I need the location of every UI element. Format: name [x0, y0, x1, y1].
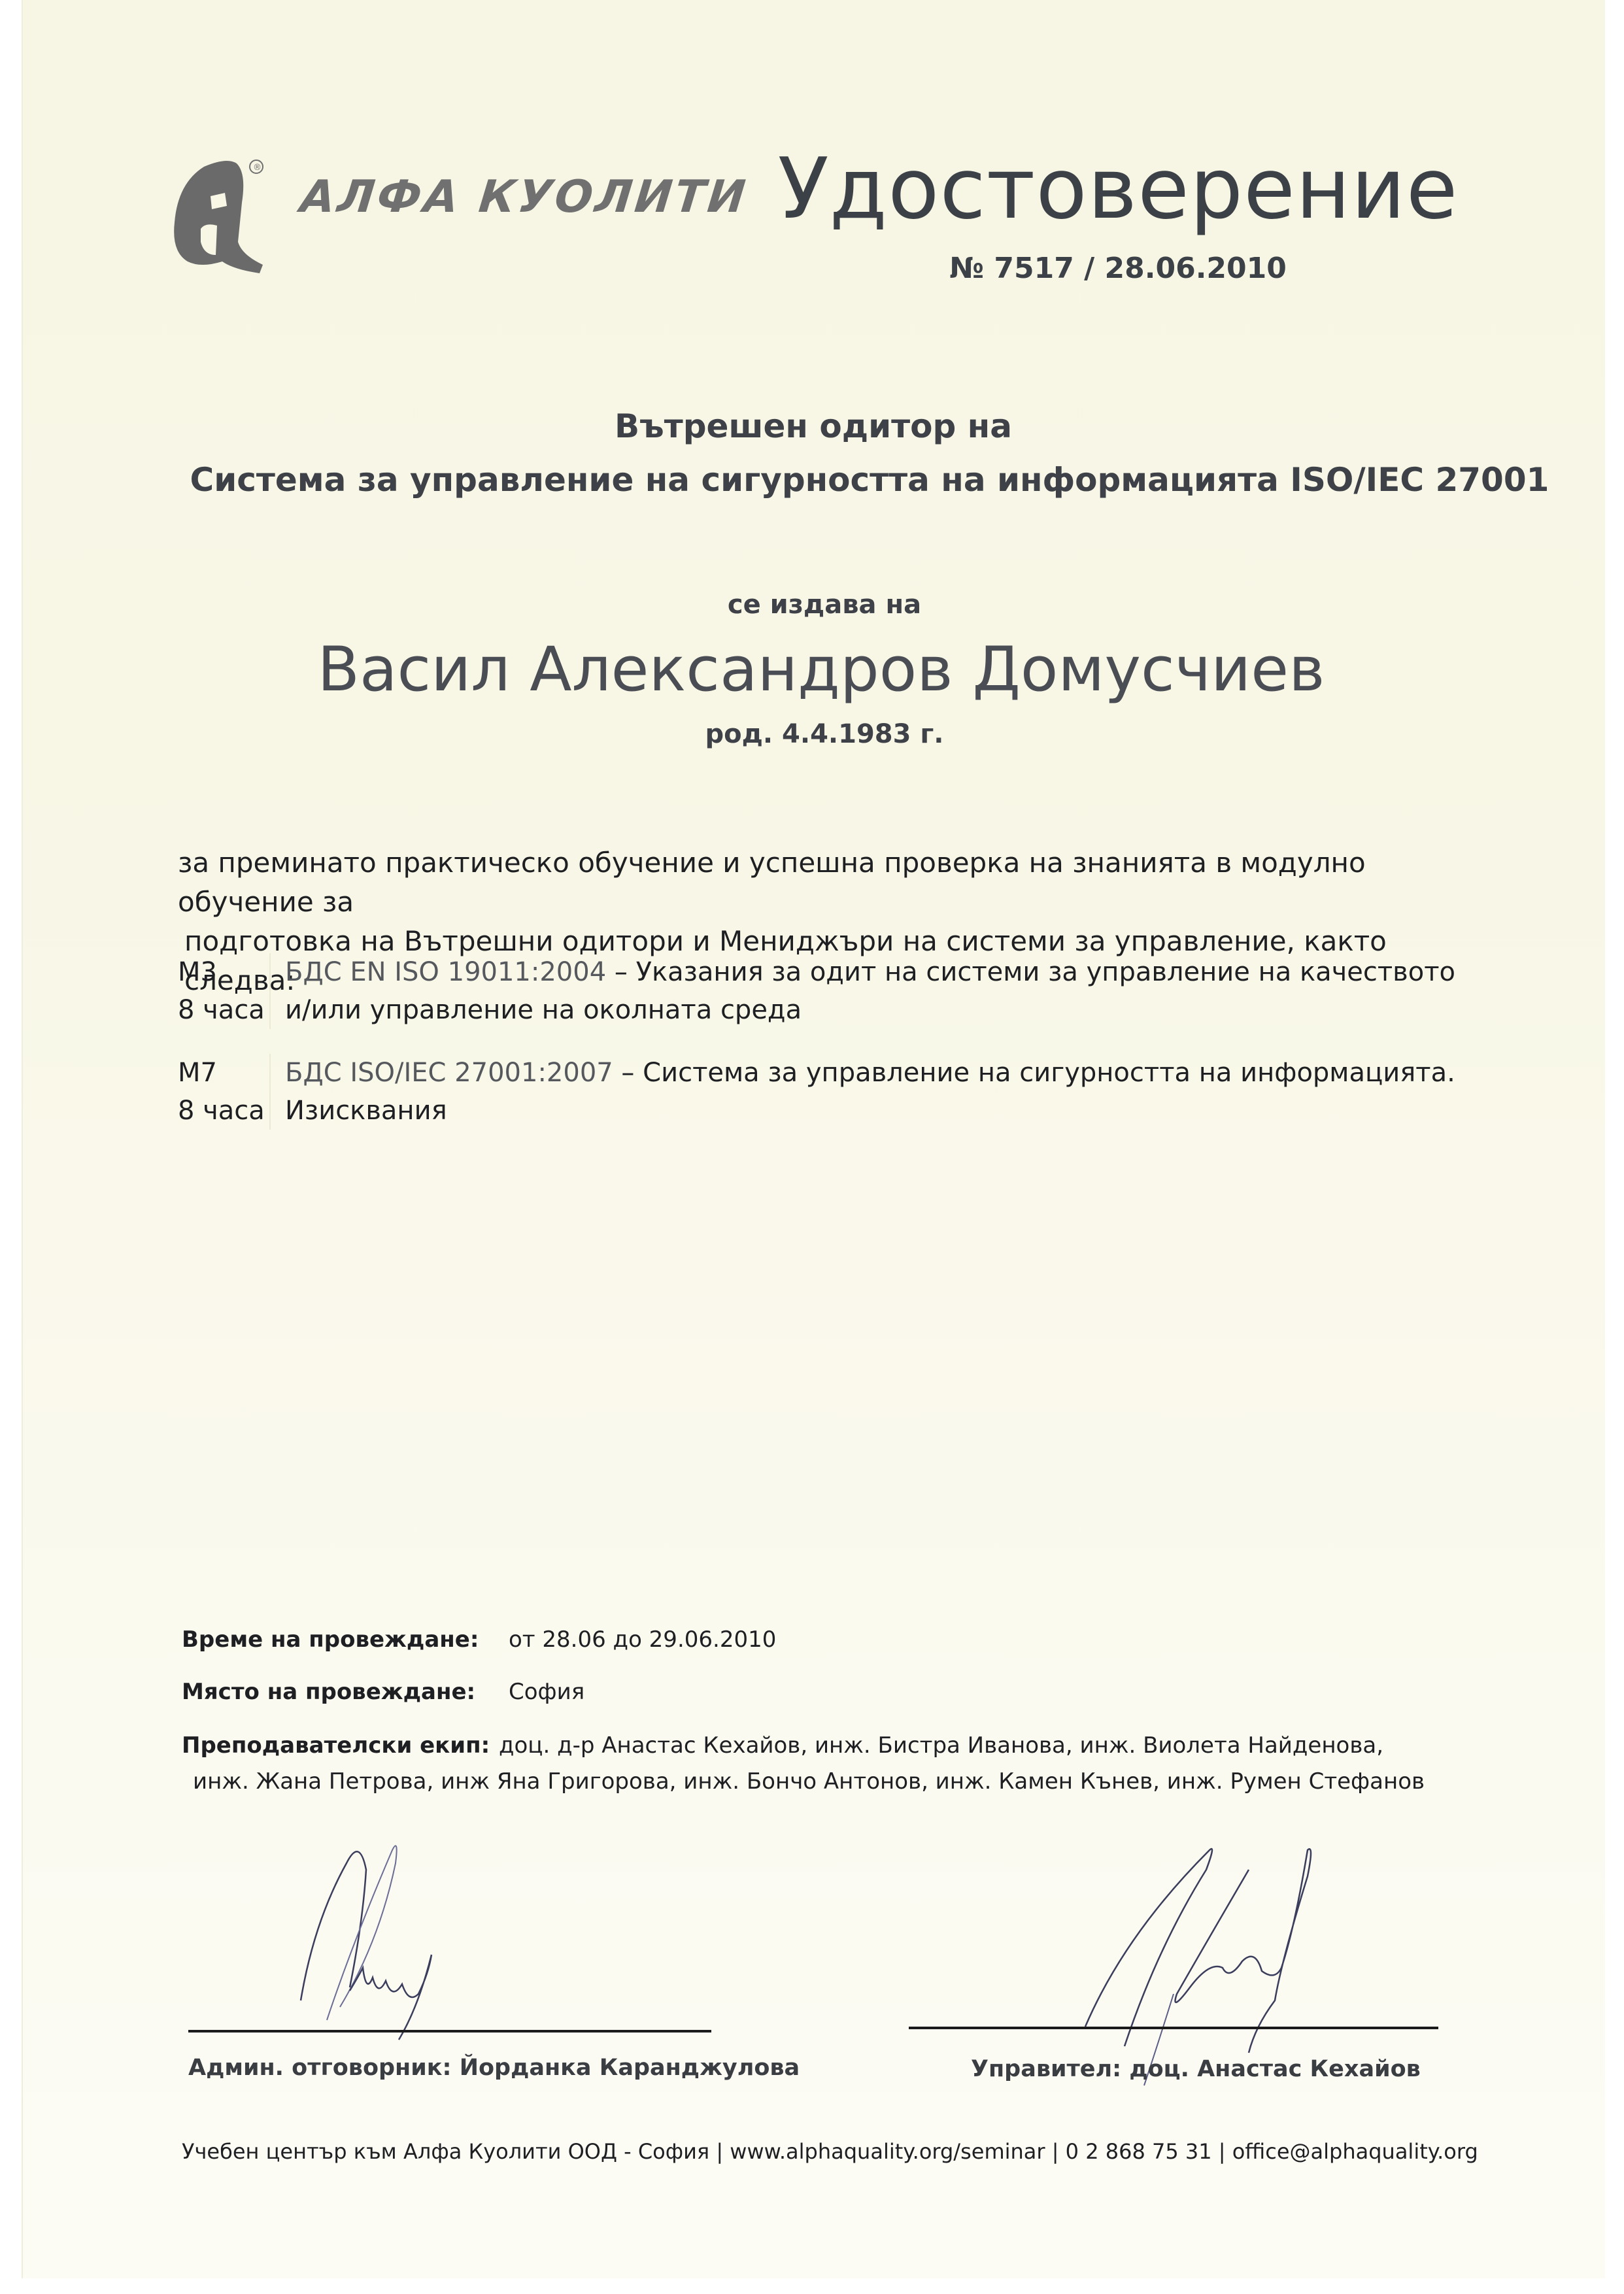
module-hours: 8 часа [178, 991, 269, 1029]
detail-team-value-2: инж. Жана Петрова, инж Яна Григорова, ин… [193, 1768, 1425, 1795]
module-text-2: Изисквания [285, 1092, 1455, 1130]
recipient-birth-date: род. 4.4.1983 г. [33, 719, 1616, 749]
document-title: Удостоверение [771, 141, 1464, 238]
signature-caption-manager: Управител: доц. Анастас Кехайов [971, 2056, 1421, 2082]
module-code: М7 [178, 1054, 269, 1092]
module-item: М3 8 часа БДС EN ISO 19011:2004 – Указан… [178, 953, 1525, 1029]
logo-text: АЛФА КУОЛИТИ [298, 171, 751, 223]
alpha-quality-q-logo-icon: ® [165, 157, 279, 275]
signature-manager-icon [1059, 1830, 1484, 2092]
detail-time-value: от 28.06 до 29.06.2010 [509, 1627, 776, 1653]
detail-place-label: Място на провеждане: [182, 1679, 509, 1705]
module-standard: БДС EN ISO 19011:2004 [285, 957, 606, 987]
module-meta: М7 8 часа [178, 1054, 271, 1130]
qualification-line-1: Вътрешен одитор на [22, 407, 1605, 445]
registered-mark: ® [253, 163, 262, 173]
detail-place-value: София [509, 1679, 584, 1705]
issued-to-label: се издава на [33, 590, 1616, 620]
recipient-name: Васил Александров Домусчиев [29, 634, 1613, 705]
module-text-1: – Указания за одит на системи за управле… [606, 957, 1455, 987]
detail-team-value-1: доц. д-р Анастас Кехайов, инж. Бистра Ив… [499, 1732, 1383, 1759]
modules-list: М3 8 часа БДС EN ISO 19011:2004 – Указан… [178, 953, 1525, 1155]
module-meta: М3 8 часа [178, 953, 271, 1029]
detail-team: Преподавателски екип:доц. д-р Анастас Ке… [182, 1732, 1383, 1759]
module-item: М7 8 часа БДС ISO/IEC 27001:2007 – Систе… [178, 1054, 1525, 1130]
footer-contact: Учебен център към Алфа Куолити ООД - Соф… [182, 2139, 1478, 2164]
signature-caption-admin: Админ. отговорник: Йорданка Каранджулова [188, 2055, 800, 2081]
module-standard: БДС ISO/IEC 27001:2007 [285, 1058, 613, 1088]
certificate-number: № 7517 / 28.06.2010 [843, 252, 1393, 285]
module-code: М3 [178, 953, 269, 991]
detail-place: Място на провеждане:София [182, 1679, 584, 1705]
signature-line-admin [188, 2030, 711, 2033]
module-description: БДС ISO/IEC 27001:2007 – Система за упра… [271, 1054, 1455, 1130]
module-text-1: – Система за управление на сигурността н… [613, 1058, 1455, 1088]
signature-admin-icon [288, 1824, 523, 2046]
module-text-2: и/или управление на околната среда [285, 991, 1455, 1029]
detail-time-label: Време на провеждане: [182, 1627, 509, 1653]
detail-time: Време на провеждане:от 28.06 до 29.06.20… [182, 1627, 776, 1653]
module-description: БДС EN ISO 19011:2004 – Указания за одит… [271, 953, 1455, 1029]
detail-team-label: Преподавателски екип: [182, 1732, 499, 1759]
qualification-line-2: Система за управление на сигурността на … [118, 461, 1621, 499]
module-hours: 8 часа [178, 1092, 269, 1130]
description-line-1: за преминато практическо обучение и успе… [178, 843, 1485, 922]
signature-line-manager [909, 2027, 1438, 2029]
